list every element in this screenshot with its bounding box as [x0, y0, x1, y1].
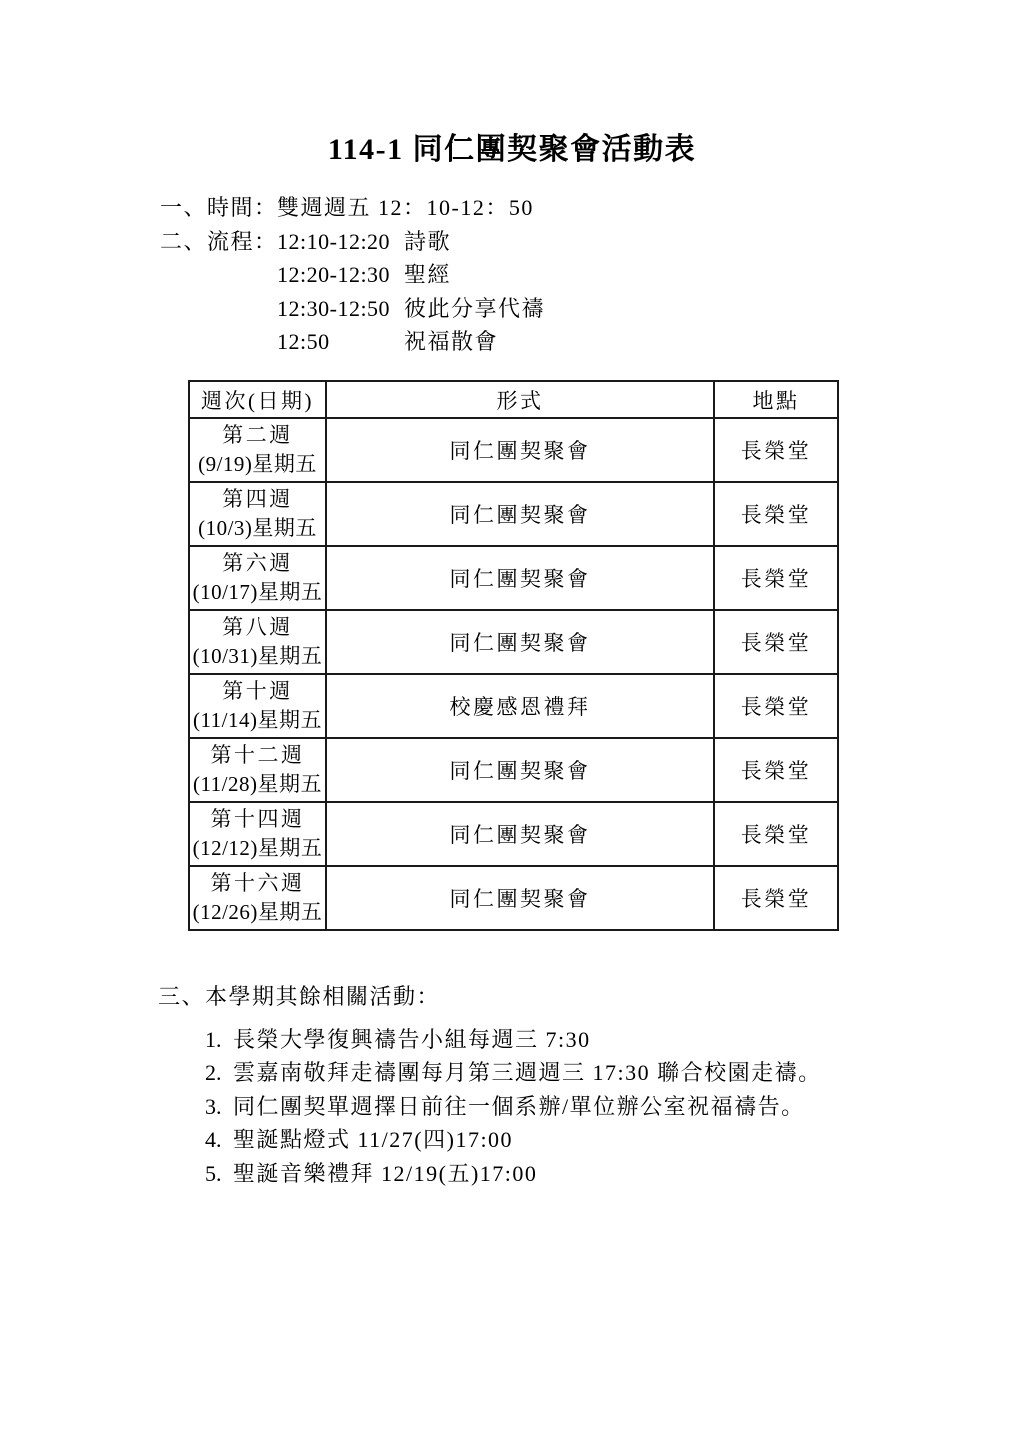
item-number: 3. — [205, 1090, 233, 1124]
table-row: 第十週 (11/14)星期五 校慶感恩禮拜 長榮堂 — [189, 674, 838, 738]
flow-label: 二、流程： — [160, 225, 277, 259]
item-text: 同仁團契單週擇日前往一個系辦/單位辦公室祝福禱告。 — [233, 1090, 805, 1124]
week-label: 第二週 — [190, 421, 325, 450]
date-label: (12/26)星期五 — [190, 898, 325, 927]
schedule-desc: 聖經 — [404, 258, 451, 292]
schedule-time: 12:20-12:30 — [277, 258, 404, 292]
table-row: 第八週 (10/31)星期五 同仁團契聚會 長榮堂 — [189, 610, 838, 674]
table-row: 第二週 (9/19)星期五 同仁團契聚會 長榮堂 — [189, 418, 838, 482]
schedule-desc: 彼此分享代禱 — [404, 292, 545, 326]
activities-list: 1. 長榮大學復興禱告小組每週三 7:30 2. 雲嘉南敬拜走禱團每月第三週週三… — [158, 1023, 822, 1191]
time-label: 一、時間： — [160, 191, 277, 225]
header-week-date: 週次(日期) — [189, 381, 326, 418]
header-location: 地點 — [714, 381, 838, 418]
week-cell: 第十六週 (12/26)星期五 — [189, 866, 326, 930]
format-cell: 同仁團契聚會 — [326, 482, 714, 546]
format-cell: 校慶感恩禮拜 — [326, 674, 714, 738]
table-row: 第六週 (10/17)星期五 同仁團契聚會 長榮堂 — [189, 546, 838, 610]
week-cell: 第四週 (10/3)星期五 — [189, 482, 326, 546]
page-title: 114-1 同仁團契聚會活動表 — [0, 124, 1024, 168]
schedule-time: 12:30-12:50 — [277, 292, 404, 326]
format-cell: 同仁團契聚會 — [326, 738, 714, 802]
location-cell: 長榮堂 — [714, 482, 838, 546]
week-label: 第八週 — [190, 613, 325, 642]
week-label: 第十二週 — [190, 741, 325, 770]
list-item: 3. 同仁團契單週擇日前往一個系辦/單位辦公室祝福禱告。 — [205, 1090, 822, 1124]
item-text: 長榮大學復興禱告小組每週三 7:30 — [233, 1023, 591, 1057]
location-cell: 長榮堂 — [714, 418, 838, 482]
list-item: 4. 聖誕點燈式 11/27(四)17:00 — [205, 1123, 822, 1157]
date-label: (10/17)星期五 — [190, 578, 325, 607]
location-cell: 長榮堂 — [714, 738, 838, 802]
schedule-time: 12:50 — [277, 325, 404, 359]
item-number: 4. — [205, 1123, 233, 1157]
intro-section: 一、時間： 雙週週五 12：10-12：50 二、流程： 12:10-12:20… — [160, 191, 545, 359]
location-cell: 長榮堂 — [714, 866, 838, 930]
week-label: 第十週 — [190, 677, 325, 706]
table-header-row: 週次(日期) 形式 地點 — [189, 381, 838, 418]
table-row: 第四週 (10/3)星期五 同仁團契聚會 長榮堂 — [189, 482, 838, 546]
flow-line: 12:30-12:50 彼此分享代禱 — [160, 292, 545, 326]
schedule-time: 12:10-12:20 — [277, 225, 404, 259]
list-item: 5. 聖誕音樂禮拜 12/19(五)17:00 — [205, 1157, 822, 1191]
section-heading: 三、本學期其餘相關活動： — [158, 980, 822, 1014]
week-label: 第十四週 — [190, 805, 325, 834]
flow-line: 12:50 祝福散會 — [160, 325, 545, 359]
schedule-desc: 祝福散會 — [404, 325, 498, 359]
week-cell: 第二週 (9/19)星期五 — [189, 418, 326, 482]
item-number: 2. — [205, 1056, 233, 1090]
item-text: 聖誕點燈式 11/27(四)17:00 — [233, 1123, 513, 1157]
item-text: 聖誕音樂禮拜 12/19(五)17:00 — [233, 1157, 537, 1191]
week-cell: 第十週 (11/14)星期五 — [189, 674, 326, 738]
list-item: 2. 雲嘉南敬拜走禱團每月第三週週三 17:30 聯合校園走禱。 — [205, 1056, 822, 1090]
week-cell: 第十二週 (11/28)星期五 — [189, 738, 326, 802]
format-cell: 同仁團契聚會 — [326, 546, 714, 610]
location-cell: 長榮堂 — [714, 802, 838, 866]
date-label: (9/19)星期五 — [190, 450, 325, 479]
header-format: 形式 — [326, 381, 714, 418]
format-cell: 同仁團契聚會 — [326, 866, 714, 930]
format-cell: 同仁團契聚會 — [326, 802, 714, 866]
date-label: (11/28)星期五 — [190, 770, 325, 799]
other-activities-section: 三、本學期其餘相關活動： 1. 長榮大學復興禱告小組每週三 7:30 2. 雲嘉… — [158, 980, 822, 1190]
location-cell: 長榮堂 — [714, 546, 838, 610]
flow-line: 12:20-12:30 聖經 — [160, 258, 545, 292]
date-label: (10/31)星期五 — [190, 642, 325, 671]
format-cell: 同仁團契聚會 — [326, 610, 714, 674]
week-label: 第四週 — [190, 485, 325, 514]
table-row: 第十六週 (12/26)星期五 同仁團契聚會 長榮堂 — [189, 866, 838, 930]
table-row: 第十四週 (12/12)星期五 同仁團契聚會 長榮堂 — [189, 802, 838, 866]
schedule-desc: 詩歌 — [404, 225, 451, 259]
item-text: 雲嘉南敬拜走禱團每月第三週週三 17:30 聯合校園走禱。 — [233, 1056, 822, 1090]
list-item: 1. 長榮大學復興禱告小組每週三 7:30 — [205, 1023, 822, 1057]
week-cell: 第十四週 (12/12)星期五 — [189, 802, 326, 866]
time-line: 一、時間： 雙週週五 12：10-12：50 — [160, 191, 545, 225]
activity-table: 週次(日期) 形式 地點 第二週 (9/19)星期五 同仁團契聚會 長榮堂 第四… — [188, 380, 839, 931]
week-label: 第六週 — [190, 549, 325, 578]
location-cell: 長榮堂 — [714, 674, 838, 738]
date-label: (12/12)星期五 — [190, 834, 325, 863]
document-page: 114-1 同仁團契聚會活動表 一、時間： 雙週週五 12：10-12：50 二… — [0, 0, 1024, 1448]
location-cell: 長榮堂 — [714, 610, 838, 674]
item-number: 5. — [205, 1157, 233, 1191]
table-row: 第十二週 (11/28)星期五 同仁團契聚會 長榮堂 — [189, 738, 838, 802]
date-label: (11/14)星期五 — [190, 706, 325, 735]
format-cell: 同仁團契聚會 — [326, 418, 714, 482]
week-cell: 第八週 (10/31)星期五 — [189, 610, 326, 674]
time-value: 雙週週五 12：10-12：50 — [277, 191, 534, 225]
week-label: 第十六週 — [190, 869, 325, 898]
flow-line: 二、流程： 12:10-12:20 詩歌 — [160, 225, 545, 259]
item-number: 1. — [205, 1023, 233, 1057]
week-cell: 第六週 (10/17)星期五 — [189, 546, 326, 610]
date-label: (10/3)星期五 — [190, 514, 325, 543]
